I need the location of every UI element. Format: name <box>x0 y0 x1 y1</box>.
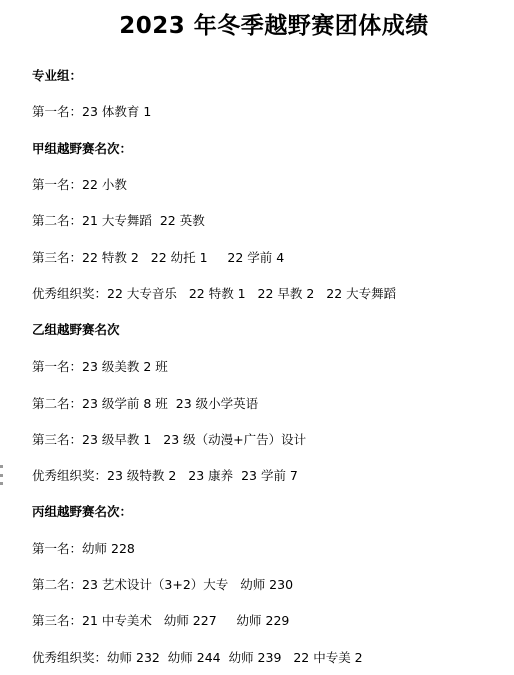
section-heading-group-a: 甲组越野赛名次： <box>32 141 132 157</box>
rank-label: 第三名： <box>32 613 82 628</box>
award-label: 优秀组织奖： <box>32 468 107 483</box>
result-line: 第二名：23 级学前 8 班 23 级小学英语 <box>32 396 258 412</box>
result-line: 第三名：21 中专美术 幼师 227 幼师 229 <box>32 613 289 629</box>
handle-dot <box>0 482 3 485</box>
rank-value: 21 中专美术 幼师 227 幼师 229 <box>82 613 289 628</box>
section-heading-group-b: 乙组越野赛名次 <box>32 322 120 338</box>
result-line: 第二名：23 艺术设计（3+2）大专 幼师 230 <box>32 577 293 593</box>
rank-label: 第二名： <box>32 396 82 411</box>
award-label: 优秀组织奖： <box>32 286 107 301</box>
rank-value: 21 大专舞蹈 22 英教 <box>82 213 205 228</box>
handle-dot <box>0 465 3 468</box>
rank-label: 第二名： <box>32 577 82 592</box>
result-line: 优秀组织奖：23 级特教 2 23 康养 23 学前 7 <box>32 468 298 484</box>
rank-value: 23 级美教 2 班 <box>82 359 168 374</box>
result-line: 第一名：23 级美教 2 班 <box>32 359 168 375</box>
award-value: 幼师 232 幼师 244 幼师 239 22 中专美 2 <box>107 650 363 665</box>
section-heading-professional: 专业组： <box>32 68 82 84</box>
award-label: 优秀组织奖： <box>32 650 107 665</box>
rank-label: 第三名： <box>32 250 82 265</box>
rank-label: 第一名： <box>32 177 82 192</box>
page-title: 2023 年冬季越野赛团体成绩 <box>0 10 514 42</box>
result-line: 优秀组织奖：幼师 232 幼师 244 幼师 239 22 中专美 2 <box>32 650 363 666</box>
rank-value: 23 艺术设计（3+2）大专 幼师 230 <box>82 577 293 592</box>
rank-value: 23 体教育 1 <box>82 104 151 119</box>
handle-dot <box>0 474 3 477</box>
result-line: 优秀组织奖：22 大专音乐 22 特教 1 22 早教 2 22 大专舞蹈 <box>32 286 396 302</box>
result-line: 第三名：22 特教 2 22 幼托 1 22 学前 4 <box>32 250 284 266</box>
result-line: 第一名：23 体教育 1 <box>32 104 151 120</box>
rank-label: 第一名： <box>32 359 82 374</box>
rank-label: 第三名： <box>32 432 82 447</box>
award-value: 22 大专音乐 22 特教 1 22 早教 2 22 大专舞蹈 <box>107 286 396 301</box>
rank-value: 22 特教 2 22 幼托 1 22 学前 4 <box>82 250 284 265</box>
result-line: 第二名：21 大专舞蹈 22 英教 <box>32 213 205 229</box>
rank-value: 23 级学前 8 班 23 级小学英语 <box>82 396 258 411</box>
rank-label: 第二名： <box>32 213 82 228</box>
result-line: 第三名：23 级早教 1 23 级（动漫+广告）设计 <box>32 432 306 448</box>
rank-value: 22 小教 <box>82 177 127 192</box>
rank-value: 23 级早教 1 23 级（动漫+广告）设计 <box>82 432 306 447</box>
award-value: 23 级特教 2 23 康养 23 学前 7 <box>107 468 298 483</box>
result-line: 第一名：22 小教 <box>32 177 127 193</box>
result-line: 第一名：幼师 228 <box>32 541 135 557</box>
rank-label: 第一名： <box>32 104 82 119</box>
rank-label: 第一名： <box>32 541 82 556</box>
drag-handle-icon[interactable] <box>0 465 3 485</box>
section-heading-group-c: 丙组越野赛名次： <box>32 504 132 520</box>
rank-value: 幼师 228 <box>82 541 135 556</box>
